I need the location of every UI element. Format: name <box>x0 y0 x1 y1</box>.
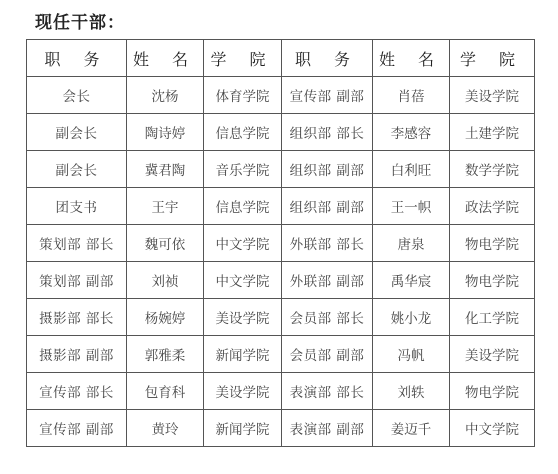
name-cell: 陶诗婷 <box>127 114 204 151</box>
name-cell: 禹华宸 <box>373 262 450 299</box>
name-cell: 刘祯 <box>127 262 204 299</box>
name-cell: 冯帆 <box>373 336 450 373</box>
name-cell: 王一帜 <box>373 188 450 225</box>
college-cell: 数学学院 <box>450 151 535 188</box>
role-cell: 宣传部 副部 <box>282 77 373 114</box>
college-cell: 物电学院 <box>450 373 535 410</box>
college-cell: 美设学院 <box>450 77 535 114</box>
role-cell: 外联部 副部 <box>282 262 373 299</box>
college-cell: 中文学院 <box>450 410 535 447</box>
college-cell: 美设学院 <box>204 373 282 410</box>
role-cell: 表演部 副部 <box>282 410 373 447</box>
college-cell: 美设学院 <box>204 299 282 336</box>
name-cell: 刘轶 <box>373 373 450 410</box>
role-cell: 组织部 部长 <box>282 114 373 151</box>
current-cadres-table: 职 务 姓 名 学 院 职 务 姓 名 学 院 会长 沈杨 体育学院 宣传部 副… <box>26 39 535 447</box>
table-row: 会长 沈杨 体育学院 宣传部 副部 肖蓓 美设学院 <box>27 77 535 114</box>
table-row: 摄影部 部长 杨婉婷 美设学院 会员部 部长 姚小龙 化工学院 <box>27 299 535 336</box>
college-cell: 信息学院 <box>204 114 282 151</box>
college-cell: 美设学院 <box>450 336 535 373</box>
table-row: 团支书 王宇 信息学院 组织部 副部 王一帜 政法学院 <box>27 188 535 225</box>
college-cell: 新闻学院 <box>204 336 282 373</box>
name-cell: 姜迈千 <box>373 410 450 447</box>
header-role: 职 务 <box>27 40 127 77</box>
table-header-row: 职 务 姓 名 学 院 职 务 姓 名 学 院 <box>27 40 535 77</box>
role-cell: 会长 <box>27 77 127 114</box>
college-cell: 政法学院 <box>450 188 535 225</box>
college-cell: 中文学院 <box>204 262 282 299</box>
name-cell: 唐泉 <box>373 225 450 262</box>
college-cell: 化工学院 <box>450 299 535 336</box>
table-row: 副会长 陶诗婷 信息学院 组织部 部长 李感容 土建学院 <box>27 114 535 151</box>
name-cell: 杨婉婷 <box>127 299 204 336</box>
name-cell: 郭雅柔 <box>127 336 204 373</box>
role-cell: 组织部 副部 <box>282 188 373 225</box>
role-cell: 会员部 副部 <box>282 336 373 373</box>
table-row: 摄影部 副部 郭雅柔 新闻学院 会员部 副部 冯帆 美设学院 <box>27 336 535 373</box>
header-role: 职 务 <box>282 40 373 77</box>
college-cell: 信息学院 <box>204 188 282 225</box>
role-cell: 组织部 副部 <box>282 151 373 188</box>
college-cell: 物电学院 <box>450 225 535 262</box>
table-row: 策划部 部长 魏可依 中文学院 外联部 部长 唐泉 物电学院 <box>27 225 535 262</box>
role-cell: 副会长 <box>27 114 127 151</box>
table-row: 策划部 副部 刘祯 中文学院 外联部 副部 禹华宸 物电学院 <box>27 262 535 299</box>
college-cell: 土建学院 <box>450 114 535 151</box>
section-title: 现任干部： <box>35 8 125 33</box>
college-cell: 物电学院 <box>450 262 535 299</box>
name-cell: 魏可依 <box>127 225 204 262</box>
role-cell: 会员部 部长 <box>282 299 373 336</box>
role-cell: 宣传部 副部 <box>27 410 127 447</box>
college-cell: 体育学院 <box>204 77 282 114</box>
college-cell: 中文学院 <box>204 225 282 262</box>
name-cell: 包育科 <box>127 373 204 410</box>
name-cell: 李感容 <box>373 114 450 151</box>
name-cell: 肖蓓 <box>373 77 450 114</box>
header-college: 学 院 <box>204 40 282 77</box>
role-cell: 宣传部 部长 <box>27 373 127 410</box>
role-cell: 策划部 副部 <box>27 262 127 299</box>
role-cell: 外联部 部长 <box>282 225 373 262</box>
table-row: 宣传部 部长 包育科 美设学院 表演部 部长 刘轶 物电学院 <box>27 373 535 410</box>
name-cell: 王宇 <box>127 188 204 225</box>
role-cell: 副会长 <box>27 151 127 188</box>
name-cell: 沈杨 <box>127 77 204 114</box>
college-cell: 音乐学院 <box>204 151 282 188</box>
role-cell: 策划部 部长 <box>27 225 127 262</box>
role-cell: 表演部 部长 <box>282 373 373 410</box>
role-cell: 摄影部 副部 <box>27 336 127 373</box>
role-cell: 摄影部 部长 <box>27 299 127 336</box>
table-row: 副会长 冀君陶 音乐学院 组织部 副部 白利旺 数学学院 <box>27 151 535 188</box>
name-cell: 冀君陶 <box>127 151 204 188</box>
name-cell: 白利旺 <box>373 151 450 188</box>
header-name: 姓 名 <box>373 40 450 77</box>
college-cell: 新闻学院 <box>204 410 282 447</box>
header-college: 学 院 <box>450 40 535 77</box>
header-name: 姓 名 <box>127 40 204 77</box>
role-cell: 团支书 <box>27 188 127 225</box>
table-row: 宣传部 副部 黄玲 新闻学院 表演部 副部 姜迈千 中文学院 <box>27 410 535 447</box>
name-cell: 姚小龙 <box>373 299 450 336</box>
name-cell: 黄玲 <box>127 410 204 447</box>
